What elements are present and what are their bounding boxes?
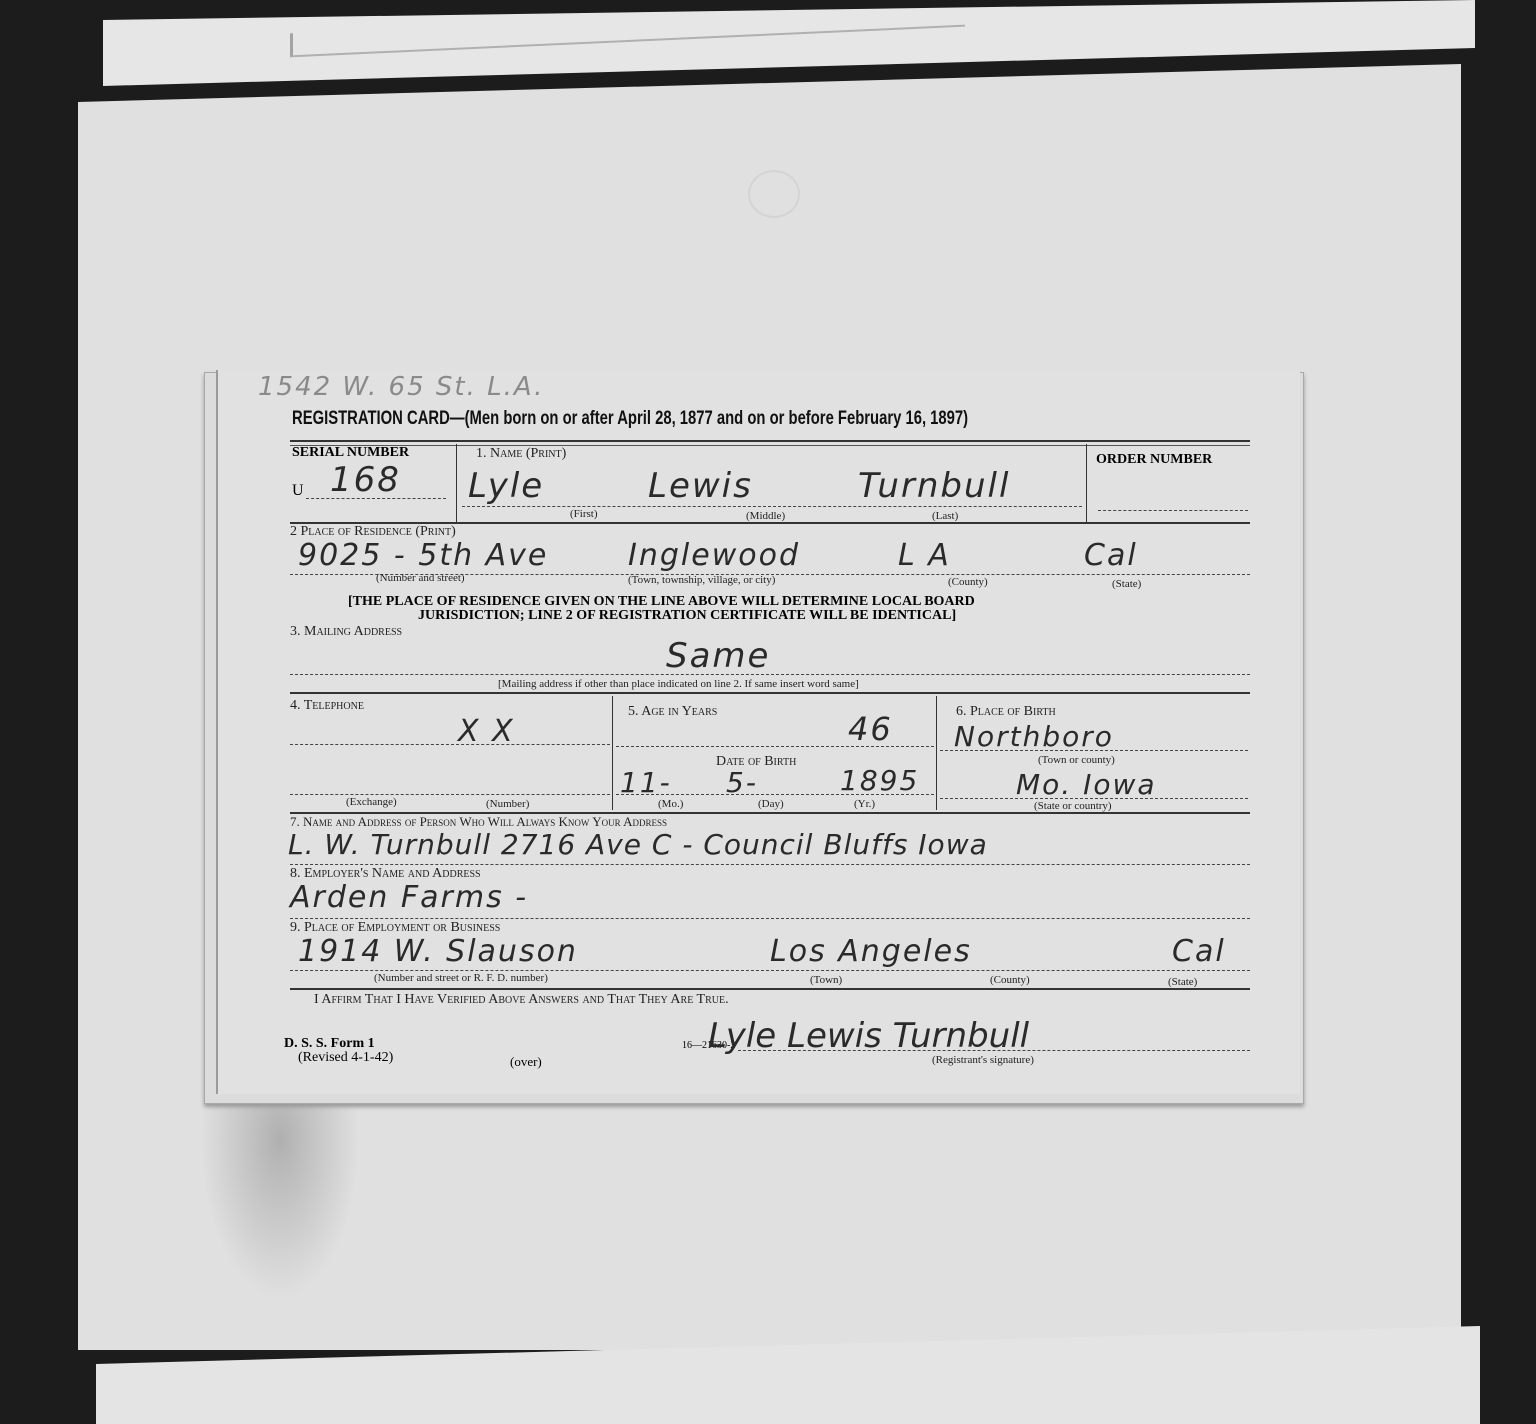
employment-street-caption: (Number and street or R. F. D. number) xyxy=(374,972,548,984)
town-county-caption: (Town or county) xyxy=(1038,754,1115,766)
state-caption: (State) xyxy=(1112,578,1141,590)
card-title: REGISTRATION CARD—(Men born on or after … xyxy=(292,408,968,430)
over-note: (over) xyxy=(510,1054,542,1070)
dash-line xyxy=(290,794,610,795)
order-number-label: ORDER NUMBER xyxy=(1096,452,1212,468)
residence-street: 9025 - 5th Ave xyxy=(298,538,548,573)
dash-line xyxy=(940,750,1248,751)
signature-line xyxy=(738,1050,1250,1051)
county-caption: (County) xyxy=(948,576,988,588)
dash-line xyxy=(306,498,446,499)
employer-value: Arden Farms - xyxy=(290,880,528,915)
dash-line xyxy=(290,864,1250,865)
birthplace-label: 6. Place of Birth xyxy=(956,704,1056,720)
birthplace-state: Mo. Iowa xyxy=(1016,768,1157,801)
residence-notice-2: JURISDICTION; LINE 2 OF REGISTRATION CER… xyxy=(418,608,956,624)
serial-prefix: U xyxy=(292,482,304,500)
divider xyxy=(612,696,613,810)
employment-state: Cal xyxy=(1172,934,1226,969)
name-middle: Lewis xyxy=(648,466,753,506)
state-country-caption: (State or country) xyxy=(1034,800,1112,812)
serial-number-label: SERIAL NUMBER xyxy=(292,445,409,461)
divider xyxy=(290,445,1250,446)
signature-caption: (Registrant's signature) xyxy=(932,1054,1034,1066)
birthplace-town: Northboro xyxy=(954,720,1114,753)
employment-street: 1914 W. Slauson xyxy=(298,934,578,969)
street-caption: (Number and street) xyxy=(376,572,465,584)
page-shadow xyxy=(200,1100,360,1300)
first-caption: (First) xyxy=(570,508,598,520)
affirmation-text: I Affirm That I Have Verified Above Answ… xyxy=(314,992,729,1008)
mailing-value: Same xyxy=(666,636,770,676)
number-caption: (Number) xyxy=(486,798,529,810)
divider xyxy=(936,696,937,810)
year-caption: (Yr.) xyxy=(854,798,875,810)
faint-stamp-mark xyxy=(748,170,800,218)
divider xyxy=(290,440,1250,442)
town-caption: (Town, township, village, or city) xyxy=(628,574,775,586)
dash-line xyxy=(290,744,610,745)
age-label: 5. Age in Years xyxy=(628,704,717,720)
dash-line xyxy=(616,794,934,795)
telephone-label: 4. Telephone xyxy=(290,698,364,714)
order-number-field xyxy=(1098,510,1248,511)
dash-line xyxy=(290,918,1250,919)
dash-line xyxy=(290,674,1250,675)
dob-year: 1895 xyxy=(840,764,919,797)
name-last: Turnbull xyxy=(858,466,1010,506)
middle-caption: (Middle) xyxy=(746,510,785,522)
employment-town: Los Angeles xyxy=(770,934,972,969)
month-caption: (Mo.) xyxy=(658,798,683,810)
divider xyxy=(1086,444,1087,524)
residence-town: Inglewood xyxy=(628,538,800,573)
age-value: 46 xyxy=(848,710,893,748)
divider xyxy=(290,988,1250,990)
residence-state: Cal xyxy=(1084,538,1138,573)
pencil-note: 1542 W. 65 St. L.A. xyxy=(258,372,544,402)
dash-line xyxy=(462,506,1082,507)
revised-date: (Revised 4-1-42) xyxy=(298,1050,393,1066)
dash-line xyxy=(616,746,934,747)
last-caption: (Last) xyxy=(932,510,958,522)
employment-county-caption: (County) xyxy=(990,974,1030,986)
dash-line xyxy=(290,970,1250,971)
dash-line xyxy=(940,798,1248,799)
day-caption: (Day) xyxy=(758,798,784,810)
employment-state-caption: (State) xyxy=(1168,976,1197,988)
mailing-caption: [Mailing address if other than place ind… xyxy=(498,678,859,690)
registration-card: 1542 W. 65 St. L.A. REGISTRATION CARD—(M… xyxy=(216,370,1300,1094)
divider xyxy=(290,692,1250,694)
contact-value: L. W. Turnbull 2716 Ave C - Council Bluf… xyxy=(288,828,988,861)
employment-town-caption: (Town) xyxy=(810,974,842,986)
residence-county: L A xyxy=(898,538,951,573)
name-first: Lyle xyxy=(468,466,544,506)
divider xyxy=(456,444,457,524)
serial-number-value: 168 xyxy=(330,460,401,500)
name-label: 1. Name (Print) xyxy=(476,446,566,462)
mailing-label: 3. Mailing Address xyxy=(290,624,402,640)
exchange-caption: (Exchange) xyxy=(346,796,397,808)
